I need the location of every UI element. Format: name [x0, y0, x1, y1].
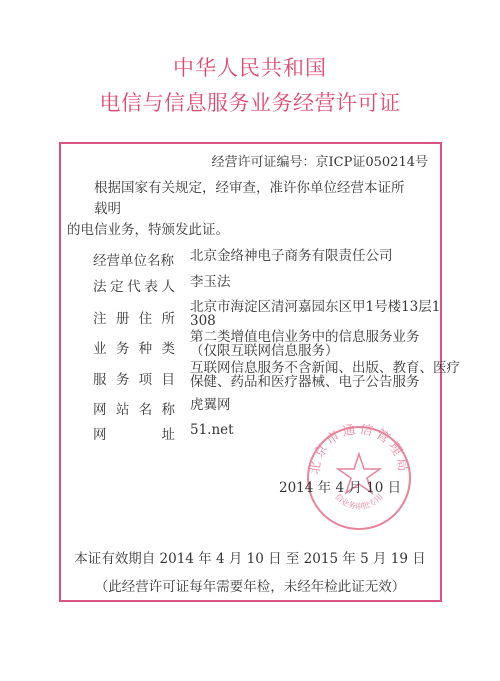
issue-date: 2014 年 4 月 10 日: [279, 476, 401, 496]
field-label: 法定代表人: [93, 275, 175, 295]
field-value: 虎翼网: [190, 398, 430, 412]
validity-period: 本证有效期自 2014 年 4 月 10 日 至 2015 年 5 月 19 日: [0, 547, 500, 567]
field-value-line: 第二类增值电信业务中的信息服务业务: [190, 330, 430, 344]
document-title-license: 电信与信息服务业务经营许可证: [0, 87, 500, 117]
field-value-line: 保健、药品和医疗器械、电子公告服务: [190, 375, 430, 389]
field-value: 李玉法: [190, 275, 430, 289]
intro-text: 根据国家有关规定，经审查，准许你单位经营本证所载明 的电信业务，特颁发此证。: [67, 178, 407, 241]
license-number: 经营许可证编号：京ICP证050214号: [212, 151, 428, 170]
field-label: 服务项目: [93, 368, 175, 388]
annual-inspection-note: （此经营许可证每年需要年检，未经年检此证无效）: [0, 575, 500, 595]
field-label: 经营单位名称: [93, 249, 175, 269]
intro-line-1: 根据国家有关规定，经审查，准许你单位经营本证所载明: [67, 178, 407, 220]
field-label: 网址: [93, 423, 175, 443]
license-number-label: 经营许可证编号：: [212, 155, 316, 170]
intro-line-2: 的电信业务，特颁发此证。: [67, 220, 407, 241]
field-value-line: 308: [190, 314, 430, 328]
field-value-line: 互联网信息服务不含新闻、出版、教育、医疗: [190, 361, 430, 375]
svg-text:北京市通信管理局: 北京市通信管理局: [307, 424, 410, 475]
field-label: 业务种类: [93, 337, 175, 357]
document-title-country: 中华人民共和国: [0, 52, 500, 82]
field-label: 注册住所: [93, 307, 175, 327]
field-value-line: （仅限互联网信息服务）: [190, 344, 430, 358]
field-value: 北京市海淀区清河嘉园东区甲1号楼13层1 308: [190, 300, 430, 328]
field-value: 互联网信息服务不含新闻、出版、教育、医疗 保健、药品和医疗器械、电子公告服务: [190, 361, 430, 389]
field-value-line: 北京市海淀区清河嘉园东区甲1号楼13层1: [190, 300, 430, 314]
license-number-value: 京ICP证050214号: [316, 155, 428, 170]
field-value: 北京金络神电子商务有限责任公司: [190, 249, 430, 263]
field-value: 第二类增值电信业务中的信息服务业务 （仅限互联网信息服务）: [190, 330, 430, 358]
field-label: 网站名称: [93, 398, 175, 418]
